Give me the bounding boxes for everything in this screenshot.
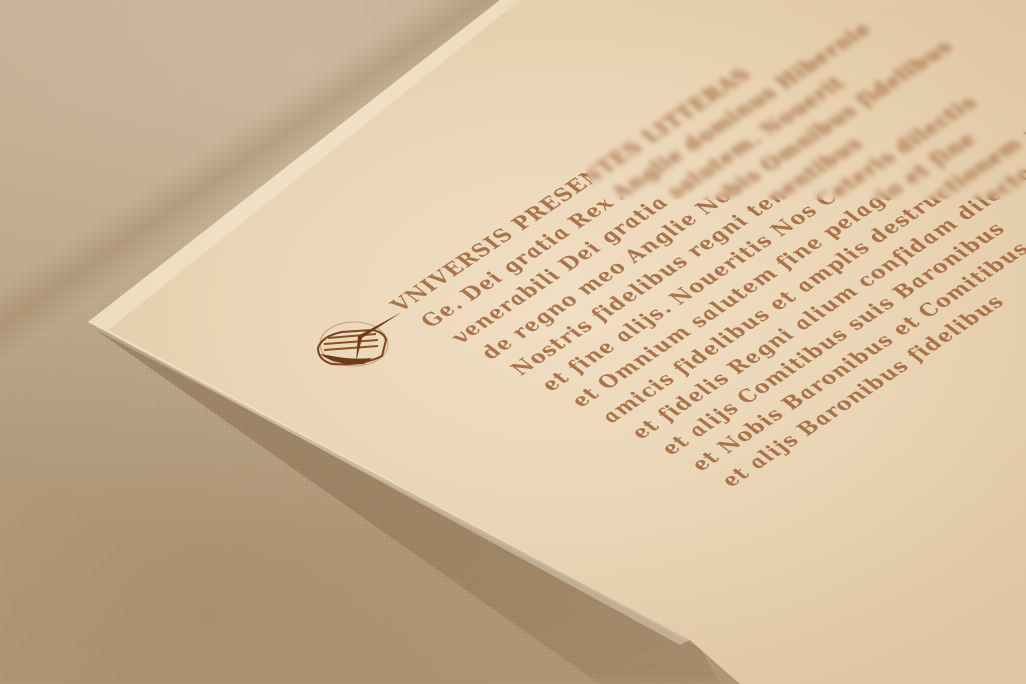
decorated-initial-icon [312,308,412,370]
